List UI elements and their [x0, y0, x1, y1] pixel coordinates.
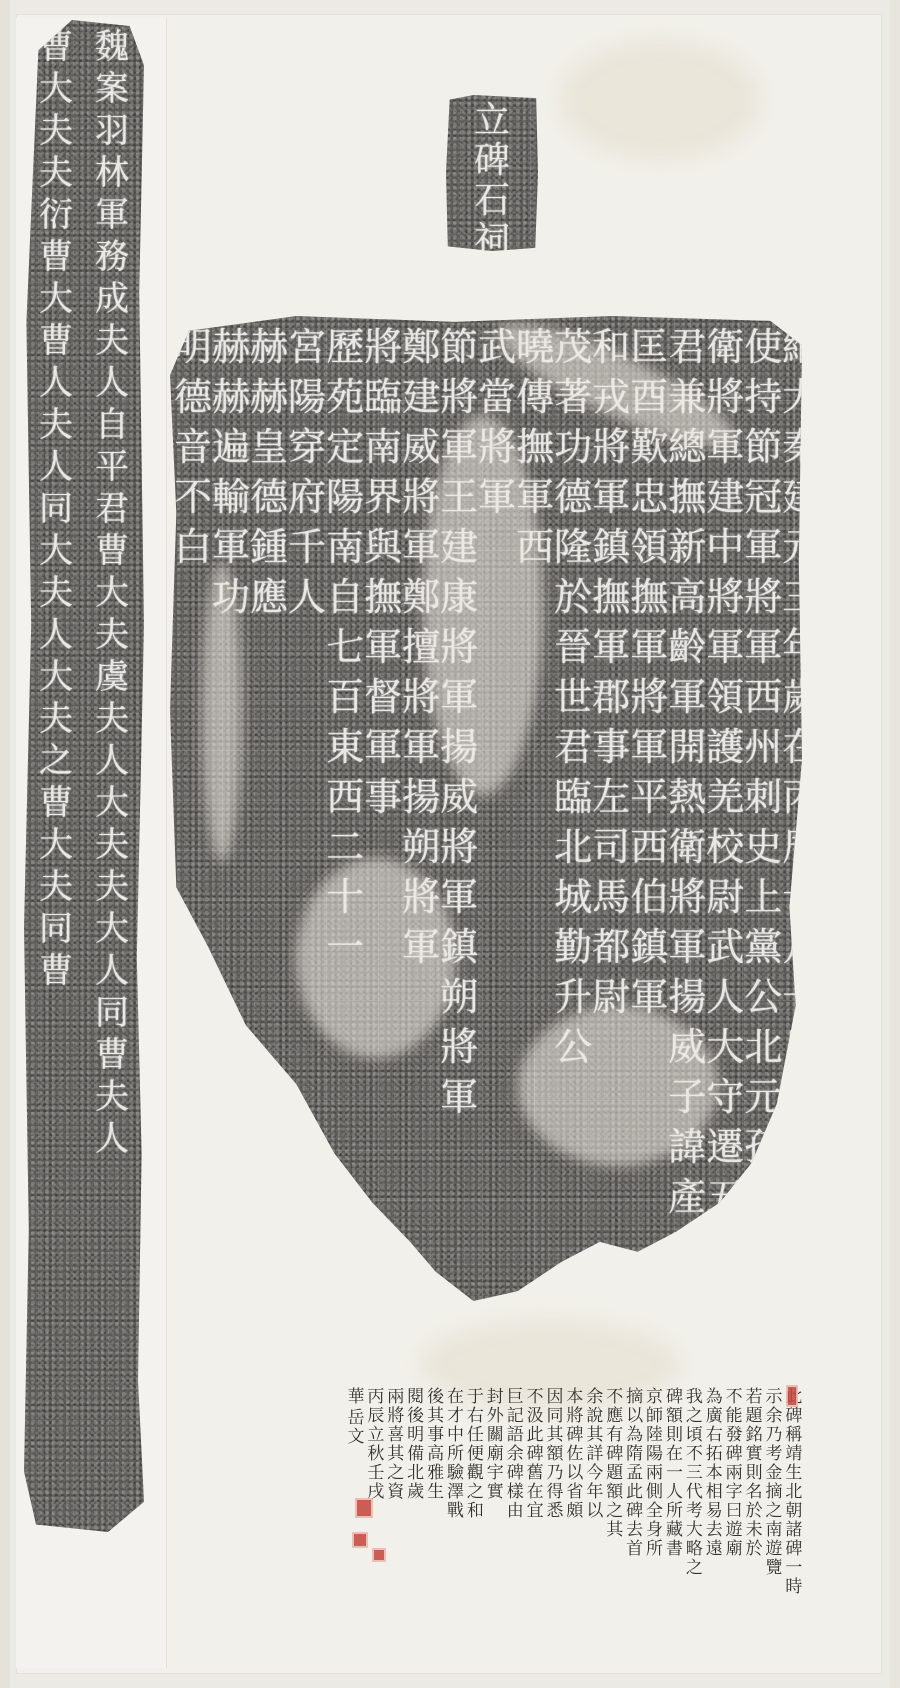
glyph: 節	[744, 428, 782, 466]
glyph: 全	[646, 1503, 663, 1520]
glyph: 書	[666, 1541, 683, 1558]
glyph: 頃	[686, 1427, 703, 1444]
colophon-column: 若題銘實則名於未於	[744, 1388, 764, 1566]
glyph: 於	[746, 1503, 763, 1520]
glyph: 夫	[95, 702, 129, 736]
glyph: 此	[626, 1484, 643, 1501]
glyph: 和	[467, 1503, 484, 1520]
glyph: 於	[746, 1541, 763, 1558]
colophon-column: 巨記語余碑樣由	[505, 1388, 525, 1566]
glyph: 夫	[95, 870, 129, 904]
glyph: 務	[95, 240, 129, 274]
glyph: 資	[387, 1484, 404, 1501]
glyph: 京	[646, 1389, 663, 1406]
glyph: 歲	[407, 1484, 424, 1501]
colophon-column: 余說其詳今年以	[585, 1388, 605, 1566]
glyph: 穿	[288, 428, 326, 466]
glyph: 題	[606, 1465, 623, 1482]
glyph: 事	[364, 778, 402, 816]
colophon-column: 京師陸陽兩側全身所	[645, 1388, 665, 1566]
glyph: 關	[487, 1427, 504, 1444]
glyph: 于	[467, 1389, 484, 1406]
colophon-column: 我之頃不三代考大略之	[684, 1388, 704, 1566]
glyph: 軍	[706, 628, 744, 666]
seal-signature	[355, 1498, 373, 1518]
text-column: 衛將軍建中將軍領護羌校尉武人大守遷五原康侯	[706, 322, 744, 1295]
glyph: 諸	[785, 1522, 802, 1539]
glyph: 題	[746, 1408, 763, 1425]
glyph: 碑	[606, 1446, 623, 1463]
glyph: 首	[626, 1541, 643, 1558]
glyph: 之	[686, 1560, 703, 1577]
glyph: 撫	[668, 478, 706, 516]
glyph: 不	[606, 1389, 623, 1406]
glyph: 本	[566, 1389, 583, 1406]
glyph: 大	[686, 1522, 703, 1539]
glyph: 額	[666, 1408, 683, 1425]
glyph: 節	[440, 328, 478, 366]
glyph: 北	[554, 828, 592, 866]
glyph: 平	[95, 450, 129, 484]
glyph: 朔	[402, 828, 440, 866]
glyph: 熱	[668, 778, 706, 816]
glyph: 羽	[95, 114, 129, 148]
glyph: 應	[250, 578, 288, 616]
colophon-column: 後其事高雅生	[426, 1388, 446, 1566]
glyph: 生	[785, 1465, 802, 1482]
glyph: 軍	[95, 198, 129, 232]
text-column: 曹大夫夫衍曹大曹人夫人同大夫人大夫之曹大夫同曹	[28, 26, 84, 1526]
glyph: 威	[402, 428, 440, 466]
glyph: 揚	[402, 778, 440, 816]
glyph: 鎮	[592, 528, 630, 566]
glyph: 人	[95, 954, 129, 988]
glyph: 碑	[527, 1446, 544, 1463]
glyph: 省	[566, 1484, 583, 1501]
glyph: 將	[387, 1408, 404, 1425]
glyph: 夫	[95, 1080, 129, 1114]
glyph: 岳	[347, 1410, 364, 1427]
glyph: 摘	[626, 1389, 643, 1406]
glyph: 碑	[785, 1408, 802, 1425]
glyph: 宜	[527, 1503, 544, 1520]
glyph: 夫	[95, 324, 129, 358]
glyph: 德	[554, 478, 592, 516]
glyph: 陽	[326, 478, 364, 516]
glyph: 銘	[746, 1427, 763, 1444]
colophon-column: 兩將喜其之資	[386, 1388, 406, 1566]
glyph: 之	[387, 1465, 404, 1482]
glyph: 說	[586, 1408, 603, 1425]
glyph: 司	[592, 828, 630, 866]
seal-opening	[786, 1385, 798, 1407]
mount-edge-left	[0, 0, 10, 1688]
seal-lower-2	[372, 1548, 386, 1562]
glyph: 未	[746, 1522, 763, 1539]
glyph: 任	[467, 1427, 484, 1444]
glyph: 觀	[467, 1465, 484, 1482]
glyph: 人	[39, 450, 73, 484]
glyph: 南	[765, 1522, 782, 1539]
glyph: 則	[746, 1465, 763, 1482]
glyph: 苑	[326, 378, 364, 416]
paper-stain	[560, 40, 760, 160]
glyph: 靖	[785, 1446, 802, 1463]
glyph: 將	[566, 1408, 583, 1425]
glyph: 護	[706, 728, 744, 766]
glyph: 相	[706, 1484, 723, 1501]
glyph: 夫	[39, 576, 73, 610]
glyph: 廟	[726, 1541, 743, 1558]
glyph: 西	[326, 778, 364, 816]
glyph: 人	[95, 744, 129, 778]
glyph: 事	[592, 728, 630, 766]
glyph: 辰	[367, 1408, 384, 1425]
glyph: 武	[706, 928, 744, 966]
glyph: 界	[364, 478, 402, 516]
glyph: 廟	[487, 1446, 504, 1463]
glyph: 皇	[250, 428, 288, 466]
glyph: 都	[592, 928, 630, 966]
glyph: 我	[686, 1389, 703, 1406]
glyph: 以	[566, 1465, 583, 1482]
glyph: 碑	[626, 1503, 643, 1520]
glyph: 衍	[39, 198, 73, 232]
glyph: 產	[668, 1178, 706, 1216]
glyph: 中	[447, 1427, 464, 1444]
glyph: 曹	[95, 1038, 129, 1072]
glyph: 軍	[630, 728, 668, 766]
left-rubbing-strip: 魏案羽林軍務成夫人自平君曹大夫虞夫人大夫夫大人同曹夫人 曹大夫夫衍曹大曹人夫人同…	[24, 20, 144, 1532]
glyph: 發	[726, 1427, 743, 1444]
glyph: 備	[407, 1446, 424, 1463]
glyph: 摘	[765, 1484, 782, 1501]
glyph: 勤	[554, 928, 592, 966]
glyph: 軍	[592, 628, 630, 666]
colophon-column: 閱後明備北歲	[406, 1388, 426, 1566]
glyph: 所	[646, 1541, 663, 1558]
glyph: 在	[447, 1389, 464, 1406]
glyph: 高	[668, 578, 706, 616]
glyph: 鍾	[250, 528, 288, 566]
glyph: 文	[347, 1429, 364, 1446]
glyph: 樣	[507, 1484, 524, 1501]
glyph: 便	[467, 1446, 484, 1463]
colophon-column: 在才中所驗澤戰	[446, 1388, 466, 1566]
glyph: 為	[706, 1389, 723, 1406]
glyph: 之	[686, 1408, 703, 1425]
glyph: 澤	[447, 1484, 464, 1501]
glyph: 其	[387, 1446, 404, 1463]
glyph: 朝	[785, 1503, 802, 1520]
glyph: 夫	[95, 618, 129, 652]
glyph: 平	[630, 778, 668, 816]
glyph: 兩	[726, 1465, 743, 1482]
glyph: 乃	[765, 1427, 782, 1444]
glyph: 此	[527, 1427, 544, 1444]
glyph: 曹	[39, 240, 73, 274]
glyph: 林	[95, 156, 129, 190]
glyph: 壬	[367, 1465, 384, 1482]
glyph: 南	[326, 528, 364, 566]
glyph: 易	[706, 1503, 723, 1520]
glyph: 碑	[474, 143, 510, 179]
glyph: 遊	[765, 1541, 782, 1558]
glyph: 歷	[326, 328, 364, 366]
glyph: 德	[250, 478, 288, 516]
colophon-column: 示余乃考金摘之南遊覽	[764, 1388, 784, 1566]
seal-lower-1	[352, 1532, 368, 1548]
glyph: 遍	[212, 428, 250, 466]
glyph: 大	[39, 282, 73, 316]
glyph: 隆	[554, 528, 592, 566]
glyph: 夫	[39, 702, 73, 736]
glyph: 不	[726, 1389, 743, 1406]
glyph: 隋	[626, 1446, 643, 1463]
glyph: 其	[606, 1522, 623, 1539]
glyph: 公	[744, 978, 782, 1016]
glyph: 夫	[95, 828, 129, 862]
glyph: 千	[288, 528, 326, 566]
glyph: 軍	[440, 1078, 478, 1116]
glyph: 記	[507, 1408, 524, 1425]
glyph: 碑	[785, 1541, 802, 1558]
glyph: 遊	[726, 1522, 743, 1539]
glyph: 得	[547, 1484, 564, 1501]
glyph: 巨	[507, 1389, 524, 1406]
glyph: 覽	[765, 1560, 782, 1577]
glyph: 後	[407, 1408, 424, 1425]
colophon-column: 丙辰立秋壬戌	[366, 1388, 386, 1566]
glyph: 遷	[706, 1128, 744, 1166]
glyph: 軍	[744, 528, 782, 566]
glyph: 右	[467, 1408, 484, 1425]
glyph: 夫	[39, 156, 73, 190]
glyph: 頗	[566, 1503, 583, 1520]
glyph: 州	[744, 728, 782, 766]
glyph: 示	[765, 1389, 782, 1406]
glyph: 大	[39, 828, 73, 862]
glyph: 立	[474, 103, 510, 139]
glyph: 左	[592, 778, 630, 816]
glyph: 府	[288, 478, 326, 516]
glyph: 尉	[706, 878, 744, 916]
glyph: 東	[326, 728, 364, 766]
glyph: 赫	[250, 378, 288, 416]
glyph: 碑	[566, 1427, 583, 1444]
glyph: 明	[407, 1427, 424, 1444]
glyph: 使	[744, 328, 782, 366]
glyph: 遠	[706, 1541, 723, 1558]
glyph: 若	[746, 1389, 763, 1406]
colophon-column: 不應有碑題額之其	[605, 1388, 625, 1566]
glyph: 赫	[212, 378, 250, 416]
colophon-column: 此碑稱靖生北朝諸碑一時	[784, 1388, 804, 1566]
glyph: 喜	[387, 1427, 404, 1444]
glyph: 將	[440, 828, 478, 866]
glyph: 北	[407, 1465, 424, 1482]
glyph: 輸	[212, 478, 250, 516]
glyph: 馬	[592, 878, 630, 916]
glyph: 去	[626, 1522, 643, 1539]
glyph: 軍	[744, 628, 782, 666]
glyph: 城	[554, 878, 592, 916]
glyph: 將	[440, 378, 478, 416]
glyph: 同	[547, 1408, 564, 1425]
glyph: 大	[39, 660, 73, 694]
glyph: 悉	[547, 1503, 564, 1520]
glyph: 舊	[527, 1465, 544, 1482]
glyph: 師	[646, 1408, 663, 1425]
glyph: 史	[744, 828, 782, 866]
glyph: 今	[586, 1465, 603, 1482]
glyph: 成	[95, 282, 129, 316]
glyph: 冠	[744, 478, 782, 516]
colophon-column: 封外關廟宇實	[485, 1388, 505, 1566]
glyph: 陽	[646, 1446, 663, 1463]
glyph: 揚	[668, 978, 706, 1016]
glyph: 大	[95, 576, 129, 610]
glyph: 自	[326, 578, 364, 616]
glyph: 實	[487, 1484, 504, 1501]
glyph: 實	[746, 1446, 763, 1463]
glyph: 應	[606, 1408, 623, 1425]
glyph: 所	[447, 1446, 464, 1463]
glyph: 身	[646, 1522, 663, 1539]
title-text: 立碑石祠	[446, 95, 538, 251]
glyph: 稱	[785, 1427, 802, 1444]
glyph: 軍	[212, 528, 250, 566]
glyph: 因	[547, 1389, 564, 1406]
glyph: 則	[666, 1427, 683, 1444]
glyph: 名	[746, 1484, 763, 1501]
glyph: 事	[427, 1427, 444, 1444]
glyph: 考	[686, 1503, 703, 1520]
glyph: 曰	[726, 1503, 743, 1520]
glyph: 秋	[367, 1446, 384, 1463]
mount-edge-right	[890, 0, 900, 1688]
glyph: 封	[487, 1389, 504, 1406]
glyph: 臨	[554, 778, 592, 816]
glyph: 忠	[630, 478, 668, 516]
glyph: 將	[364, 328, 402, 366]
glyph: 校	[706, 828, 744, 866]
colophon-column: 本將碑佐以省頗	[565, 1388, 585, 1566]
glyph: 軍	[592, 478, 630, 516]
glyph: 伯	[630, 878, 668, 916]
glyph: 齡	[668, 628, 706, 666]
colophon-column: 于右任便觀之和	[465, 1388, 485, 1566]
glyph: 自	[95, 408, 129, 442]
glyph: 大	[95, 786, 129, 820]
glyph: 在	[527, 1484, 544, 1501]
glyph: 七	[326, 628, 364, 666]
glyph: 一	[785, 1560, 802, 1577]
glyph: 石	[474, 183, 510, 219]
glyph: 百	[326, 678, 364, 716]
glyph: 能	[726, 1408, 743, 1425]
glyph: 碑	[666, 1389, 683, 1406]
glyph: 軍	[364, 628, 402, 666]
glyph: 去	[706, 1522, 723, 1539]
glyph: 將	[592, 428, 630, 466]
glyph: 語	[507, 1427, 524, 1444]
glyph: 撫	[364, 578, 402, 616]
glyph: 生	[427, 1484, 444, 1501]
glyph: 將	[630, 678, 668, 716]
glyph: 以	[626, 1408, 643, 1425]
colophon-inscription: 此碑稱靖生北朝諸碑一時示余乃考金摘之南遊覽若題銘實則名於未於不能發碑兩字曰遊廟為…	[346, 1388, 804, 1566]
glyph: 鄭	[402, 328, 440, 366]
glyph: 南	[364, 428, 402, 466]
glyph: 高	[427, 1446, 444, 1463]
glyph: 三	[686, 1465, 703, 1482]
glyph: 大	[39, 72, 73, 106]
glyph: 衛	[668, 828, 706, 866]
glyph: 在	[666, 1446, 683, 1463]
colophon-column: 因同其額乃得悉	[545, 1388, 565, 1566]
glyph: 君	[668, 328, 706, 366]
glyph: 兩	[646, 1465, 663, 1482]
glyph: 驗	[447, 1465, 464, 1482]
colophon-column: 碑額則在一人所藏書	[665, 1388, 685, 1566]
glyph: 將	[668, 878, 706, 916]
glyph: 功	[554, 428, 592, 466]
glyph: 君	[95, 492, 129, 526]
glyph: 建	[402, 378, 440, 416]
glyph: 拓	[706, 1446, 723, 1463]
glyph: 不	[174, 478, 212, 516]
glyph: 西	[744, 678, 782, 716]
glyph: 人	[288, 578, 326, 616]
glyph: 北	[785, 1484, 802, 1501]
glyph: 持	[744, 378, 782, 416]
glyph: 閱	[407, 1389, 424, 1406]
glyph: 之	[467, 1484, 484, 1501]
glyph: 余	[765, 1408, 782, 1425]
glyph: 碑	[507, 1465, 524, 1482]
glyph: 外	[487, 1408, 504, 1425]
glyph: 領	[630, 528, 668, 566]
glyph: 曹	[39, 954, 73, 988]
erosion-mark	[296, 858, 456, 1058]
glyph: 黨	[744, 928, 782, 966]
glyph: 所	[666, 1503, 683, 1520]
erosion-mark	[518, 1006, 718, 1166]
glyph: 汲	[527, 1408, 544, 1425]
glyph: 新	[668, 528, 706, 566]
glyph: 魏	[95, 30, 129, 64]
glyph: 德	[174, 378, 212, 416]
glyph: 華	[347, 1389, 364, 1406]
glyph: 余	[586, 1389, 603, 1406]
glyph: 由	[507, 1503, 524, 1520]
left-strip-text: 魏案羽林軍務成夫人自平君曹大夫虞夫人大夫夫大人同曹夫人 曹大夫夫衍曹大曹人夫人同…	[24, 20, 144, 1532]
glyph: 佐	[566, 1446, 583, 1463]
glyph: 當	[478, 378, 516, 416]
glyph: 宮	[288, 328, 326, 366]
glyph: 曹	[39, 324, 73, 358]
glyph: 撫	[592, 578, 630, 616]
glyph: 夫	[39, 408, 73, 442]
glyph: 赫	[212, 328, 250, 366]
glyph: 額	[547, 1446, 564, 1463]
glyph: 才	[447, 1408, 464, 1425]
glyph: 戰	[447, 1503, 464, 1520]
glyph: 世	[554, 678, 592, 716]
colophon-column: 不汲此碑舊在宜	[525, 1388, 545, 1566]
glyph: 考	[765, 1446, 782, 1463]
